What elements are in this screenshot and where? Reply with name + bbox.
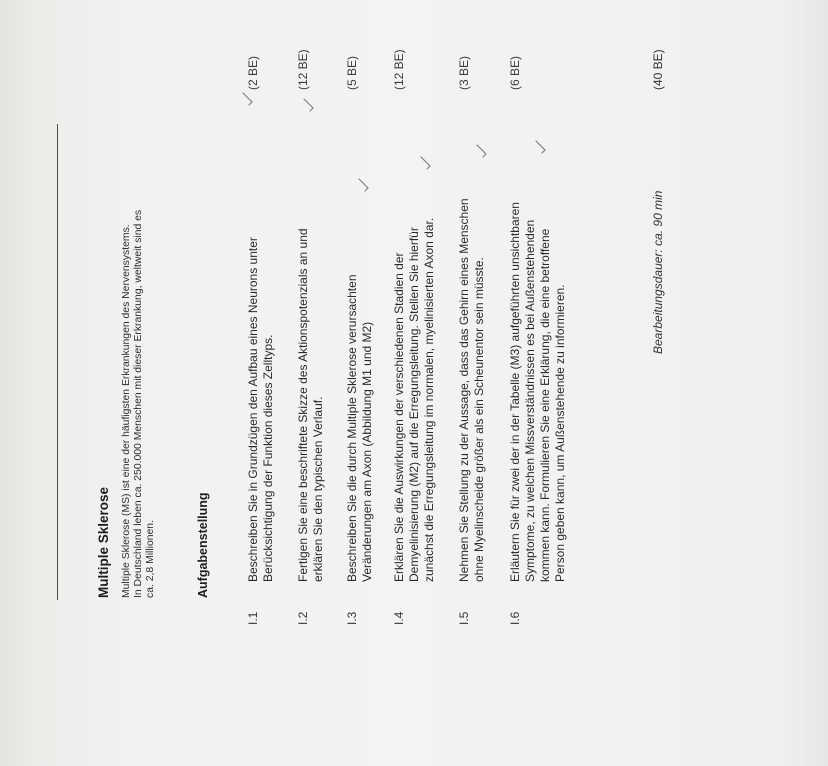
task-text-line: Beschreiben Sie in Grundzügen den Aufbau… bbox=[246, 92, 261, 582]
intro-line: Multiple Sklerose (MS) ist eine der häuf… bbox=[121, 78, 133, 598]
task-points: (12 BE) bbox=[392, 49, 406, 90]
intro-line: In Deutschland leben ca. 250.000 Mensche… bbox=[133, 78, 145, 598]
intro-line: ca. 2,8 Millionen. bbox=[145, 78, 157, 598]
task-points: (12 BE) bbox=[296, 49, 310, 90]
task-text-line: Beschreiben Sie die durch Multiple Skler… bbox=[345, 92, 360, 582]
task-text-line: Veränderungen am Axon (Abbildung M1 und … bbox=[360, 92, 375, 582]
task-text: Fertigen Sie eine beschriftete Skizze de… bbox=[296, 92, 326, 582]
task-text-line: Nehmen Sie Stellung zu der Aussage, dass… bbox=[457, 92, 472, 582]
task-text: Nehmen Sie Stellung zu der Aussage, dass… bbox=[457, 92, 487, 582]
task-number: I.2 bbox=[296, 612, 310, 625]
handwritten-check-icon bbox=[241, 92, 253, 106]
task-text: Beschreiben Sie die durch Multiple Skler… bbox=[345, 92, 375, 582]
document-page: Multiple Sklerose Multiple Sklerose (MS)… bbox=[0, 0, 828, 766]
task-text-line: Berücksichtigung der Funktion dieses Zel… bbox=[261, 92, 276, 582]
task-text-line: Erklären Sie die Auswirkungen der versch… bbox=[392, 92, 407, 582]
task-text-line: Person geben kann, um Außenstehende zu i… bbox=[553, 92, 568, 582]
top-rule bbox=[57, 124, 58, 600]
task-number: I.6 bbox=[508, 612, 522, 625]
handwritten-check-icon bbox=[475, 144, 487, 158]
task-text-line: erklären Sie den typischen Verlauf. bbox=[311, 92, 326, 582]
task-text-line: Erläutern Sie für zwei der in der Tabell… bbox=[508, 92, 523, 582]
task-points: (6 BE) bbox=[508, 56, 522, 90]
task-text-line: kommen kann. Formulieren Sie eine Erklär… bbox=[538, 92, 553, 582]
total-points: (40 BE) bbox=[651, 49, 665, 90]
handwritten-check-icon bbox=[357, 178, 369, 192]
task-number: I.4 bbox=[392, 612, 406, 625]
task-number: I.1 bbox=[246, 612, 260, 625]
handwritten-check-icon bbox=[534, 140, 546, 154]
task-points: (5 BE) bbox=[345, 56, 359, 90]
intro-paragraph: Multiple Sklerose (MS) ist eine der häuf… bbox=[121, 78, 157, 598]
task-text-line: Fertigen Sie eine beschriftete Skizze de… bbox=[296, 92, 311, 582]
task-text: Erläutern Sie für zwei der in der Tabell… bbox=[508, 92, 568, 582]
task-text: Beschreiben Sie in Grundzügen den Aufbau… bbox=[246, 92, 276, 582]
task-points: (3 BE) bbox=[457, 56, 471, 90]
task-text-line: Symptome, zu welchen Missverständnissen … bbox=[523, 92, 538, 582]
handwritten-check-icon bbox=[419, 156, 431, 170]
task-number: I.3 bbox=[345, 612, 359, 625]
task-text-line: ohne Myelinscheide größer als ein Scheun… bbox=[472, 92, 487, 582]
section-heading: Aufgabenstellung bbox=[196, 492, 210, 598]
duration-label: Bearbeitungsdauer: ca. 90 min bbox=[651, 191, 665, 354]
task-number: I.5 bbox=[457, 612, 471, 625]
task-points: (2 BE) bbox=[246, 56, 260, 90]
handwritten-check-icon bbox=[302, 98, 314, 112]
document-title: Multiple Sklerose bbox=[96, 487, 111, 598]
